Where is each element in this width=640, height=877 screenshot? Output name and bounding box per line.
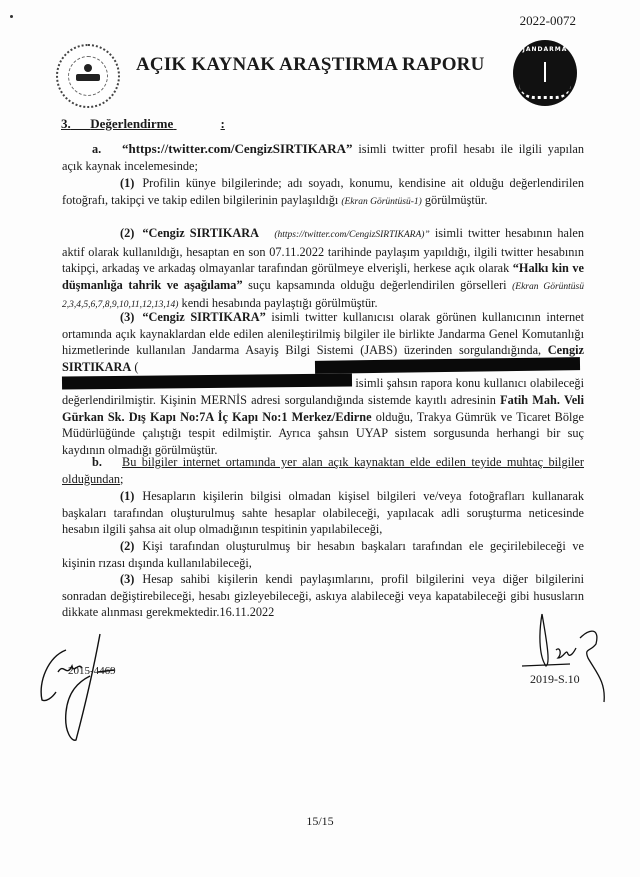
signature-left-icon xyxy=(38,632,148,742)
part-a-intro: a.“https://twitter.com/CengizSIRTIKARA” … xyxy=(62,141,584,174)
item-label: (1) xyxy=(120,489,134,503)
item-text: Hesap sahibi kişilerin kendi paylaşımlar… xyxy=(62,572,584,619)
item-text: Kişi tarafından oluşturulmuş bir hesabın… xyxy=(62,539,584,570)
item-text: Profilin künye bilgilerinde; adı soyadı,… xyxy=(62,176,584,207)
report-title: AÇIK KAYNAK ARAŞTIRMA RAPORU xyxy=(136,54,485,76)
account-name: “Cengiz SIRTIKARA xyxy=(142,226,259,240)
item-text: isimli twitter kullanıcısı olarak görüne… xyxy=(62,310,584,357)
part-b-item-2: (2)Kişi tarafından oluşturulmuş bir hesa… xyxy=(62,538,584,571)
item-text-2: suçu kapsamında olduğu değerlendirilen g… xyxy=(243,278,513,292)
ministry-seal-icon xyxy=(56,44,120,108)
section-number: 3. xyxy=(61,116,71,131)
item-label: (1) xyxy=(120,176,134,190)
signer-right-id: 2019-S.10 xyxy=(530,672,580,687)
document-page: 2022-0072 AÇIK KAYNAK ARAŞTIRMA RAPORU J… xyxy=(0,0,640,877)
section-heading: 3. Değerlendirme : xyxy=(61,116,225,132)
document-number: 2022-0072 xyxy=(520,13,576,29)
section-title: Değerlendirme xyxy=(90,116,173,131)
section-colon: : xyxy=(221,116,225,131)
redacted-open: ( xyxy=(131,360,138,374)
item-label: (3) xyxy=(120,572,134,586)
item-end: görülmüştür. xyxy=(422,193,488,207)
item-text: Hesapların kişilerin bilgisi olmadan kiş… xyxy=(62,489,584,536)
part-b-item-3: (3)Hesap sahibi kişilerin kendi paylaşım… xyxy=(62,571,584,621)
part-a-label: a. xyxy=(92,141,122,158)
part-b-item-1: (1)Hesapların kişilerin bilgisi olmadan … xyxy=(62,488,584,538)
page-number: 15/15 xyxy=(0,814,640,829)
part-a-item-2: (2)“Cengiz SIRTIKARA (https://twitter.co… xyxy=(62,225,584,314)
screenshot-ref: (Ekran Görüntüsü-1) xyxy=(341,197,421,207)
jandarma-emblem-icon: JANDARMA xyxy=(513,40,577,106)
signature-right-icon xyxy=(510,608,620,708)
part-b-intro: b.Bu bilgiler internet ortamında yer ala… xyxy=(62,454,584,487)
part-b-label: b. xyxy=(92,454,122,471)
signer-left-id: 2015-4469 xyxy=(68,665,116,677)
emblem-text: JANDARMA xyxy=(513,46,577,53)
item-label: (2) xyxy=(120,226,134,240)
scan-speck xyxy=(10,15,13,18)
part-b-intro-text: Bu bilgiler internet ortamında yer alan … xyxy=(62,455,584,486)
item-label: (2) xyxy=(120,539,134,553)
item-label: (3) xyxy=(120,310,134,324)
account-name: “Cengiz SIRTIKARA” xyxy=(142,310,265,324)
part-a-item-1: (1)Profilin künye bilgilerinde; adı soya… xyxy=(62,175,584,210)
account-url: (https://twitter.com/CengizSIRTIKARA)” xyxy=(274,230,429,240)
twitter-url: “https://twitter.com/CengizSIRTIKARA” xyxy=(122,141,353,156)
